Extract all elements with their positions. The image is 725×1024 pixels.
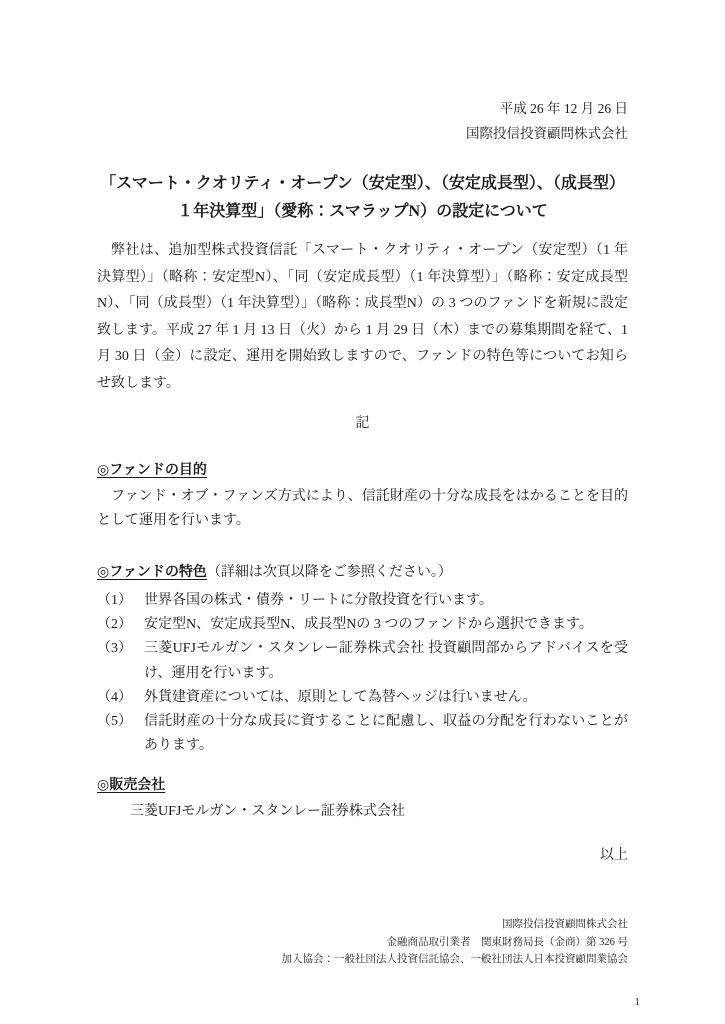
intro-paragraph: 弊社は、追加型株式投資信託「スマート・クオリティ・オープン（安定型）（1 年決算… xyxy=(97,238,628,397)
fund-features-list: （1） 世界各国の株式・債券・リートに分散投資を行います。 （2） 安定型N、安… xyxy=(97,589,628,758)
list-item: （3） 三菱UFJモルガン・スタンレー証券株式会社 投資顧問部からアドバイスを受… xyxy=(97,637,628,685)
list-item: （1） 世界各国の株式・債券・リートに分散投資を行います。 xyxy=(97,589,628,613)
list-item-number: （2） xyxy=(97,613,144,637)
list-item-number: （1） xyxy=(97,589,144,613)
list-item-text: 信託財産の十分な成長に資することに配慮し、収益の分配を行わないことがあります。 xyxy=(144,710,628,758)
title-line-1: 「スマート・クオリティ・オープン（安定型）、（安定成長型）、（成長型） xyxy=(97,170,628,198)
document-date: 平成 26 年 12 月 26 日 xyxy=(97,96,628,121)
closing-marker: 以上 xyxy=(97,844,628,868)
title-line-2: １年決算型」（愛称：スマラップN）の設定について xyxy=(97,198,628,226)
fund-features-heading-note: （詳細は次頁以降をご参照ください。） xyxy=(207,565,452,580)
distributor-heading-text: ◎販売会社 xyxy=(97,778,165,793)
section-fund-features: ◎ファンドの特色（詳細は次頁以降をご参照ください。） （1） 世界各国の株式・債… xyxy=(97,561,628,758)
section-distributor: ◎販売会社 三菱UFJモルガン・スタンレー証券株式会社 xyxy=(97,774,628,824)
fund-features-heading: ◎ファンドの特色（詳細は次頁以降をご参照ください。） xyxy=(97,561,628,585)
list-item-text: 外貨建資産については、原則として為替ヘッジは行いません。 xyxy=(144,686,628,710)
list-item: （5） 信託財産の十分な成長に資することに配慮し、収益の分配を行わないことがあり… xyxy=(97,710,628,758)
footer-company: 国際投信投資顧問株式会社 xyxy=(282,916,629,934)
list-item-text: 世界各国の株式・債券・リートに分散投資を行います。 xyxy=(144,589,628,613)
document-title: 「スマート・クオリティ・オープン（安定型）、（安定成長型）、（成長型） １年決算… xyxy=(97,170,628,226)
distributor-heading: ◎販売会社 xyxy=(97,774,628,798)
section-fund-purpose: ◎ファンドの目的 ファンド・オブ・ファンズ方式により、信託財産の十分な成長をはか… xyxy=(97,459,628,532)
document-page: 平成 26 年 12 月 26 日 国際投信投資顧問株式会社 「スマート・クオリ… xyxy=(0,0,725,1024)
fund-purpose-heading: ◎ファンドの目的 xyxy=(97,459,628,483)
document-content: 平成 26 年 12 月 26 日 国際投信投資顧問株式会社 「スマート・クオリ… xyxy=(0,0,725,868)
distributor-name: 三菱UFJモルガン・スタンレー証券株式会社 xyxy=(97,800,628,824)
list-item-text: 安定型N、安定成長型N、成長型Nの 3 つのファンドから選択できます。 xyxy=(144,613,628,637)
list-item: （4） 外貨建資産については、原則として為替ヘッジは行いません。 xyxy=(97,686,628,710)
footer-registration: 金融商品取引業者 関東財務局長（金商）第 326 号 xyxy=(282,934,629,952)
list-item-number: （3） xyxy=(97,637,144,685)
list-item-number: （4） xyxy=(97,686,144,710)
fund-purpose-text: ファンド・オブ・ファンズ方式により、信託財産の十分な成長をはかることを目的として… xyxy=(97,485,628,532)
document-header: 平成 26 年 12 月 26 日 国際投信投資顧問株式会社 xyxy=(97,96,628,146)
list-item-text: 三菱UFJモルガン・スタンレー証券株式会社 投資顧問部からアドバイスを受け、運用… xyxy=(144,637,628,685)
footer-associations: 加入協会：一般社団法人投資信託協会、一般社団法人日本投資顧問業協会 xyxy=(282,951,629,969)
record-marker: 記 xyxy=(97,411,628,437)
fund-features-heading-text: ◎ファンドの特色 xyxy=(97,565,207,580)
list-item: （2） 安定型N、安定成長型N、成長型Nの 3 つのファンドから選択できます。 xyxy=(97,613,628,637)
fund-purpose-heading-text: ◎ファンドの目的 xyxy=(97,463,207,478)
document-footer: 国際投信投資顧問株式会社 金融商品取引業者 関東財務局長（金商）第 326 号 … xyxy=(282,916,629,969)
page-number: 1 xyxy=(635,996,641,1008)
issuing-company: 国際投信投資顧問株式会社 xyxy=(97,121,628,146)
list-item-number: （5） xyxy=(97,710,144,758)
